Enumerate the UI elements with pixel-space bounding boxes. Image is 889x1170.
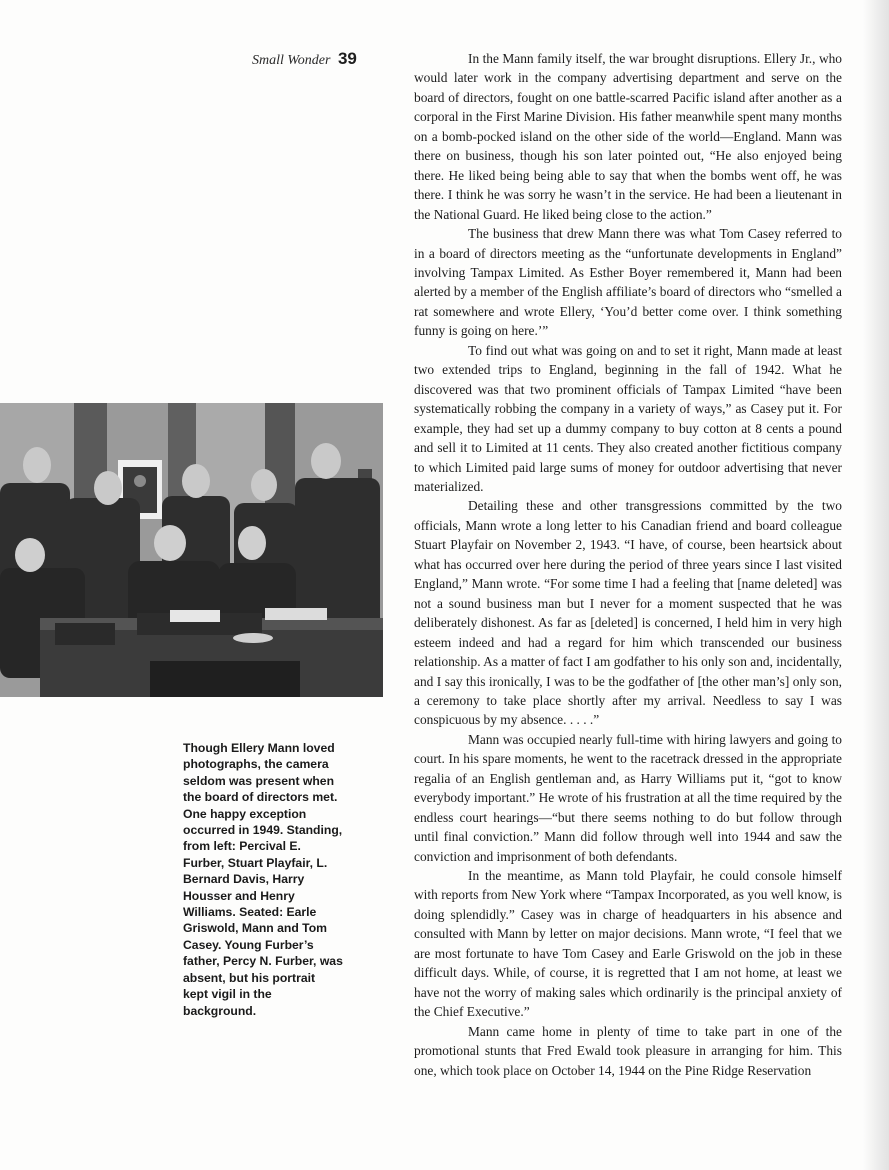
paragraph: In the meantime, as Mann told Playfair, … [414, 866, 842, 1022]
photo-caption: Though Ellery Mann loved photographs, th… [183, 740, 343, 1019]
book-title: Small Wonder [252, 53, 330, 68]
paragraph: Detailing these and other transgressions… [414, 496, 842, 729]
paragraph: Mann came home in plenty of time to take… [414, 1022, 842, 1080]
page-gutter-shadow [863, 0, 889, 1170]
body-text-column: In the Mann family itself, the war broug… [414, 49, 842, 1080]
paragraph: The business that drew Mann there was wh… [414, 224, 842, 341]
paragraph: Mann was occupied nearly full-time with … [414, 730, 842, 866]
running-head: Small Wonder 39 [252, 50, 357, 70]
paragraph: To find out what was going on and to set… [414, 341, 842, 497]
paragraph: In the Mann family itself, the war broug… [414, 49, 842, 224]
page-number: 39 [338, 49, 357, 68]
board-photograph [0, 403, 383, 697]
